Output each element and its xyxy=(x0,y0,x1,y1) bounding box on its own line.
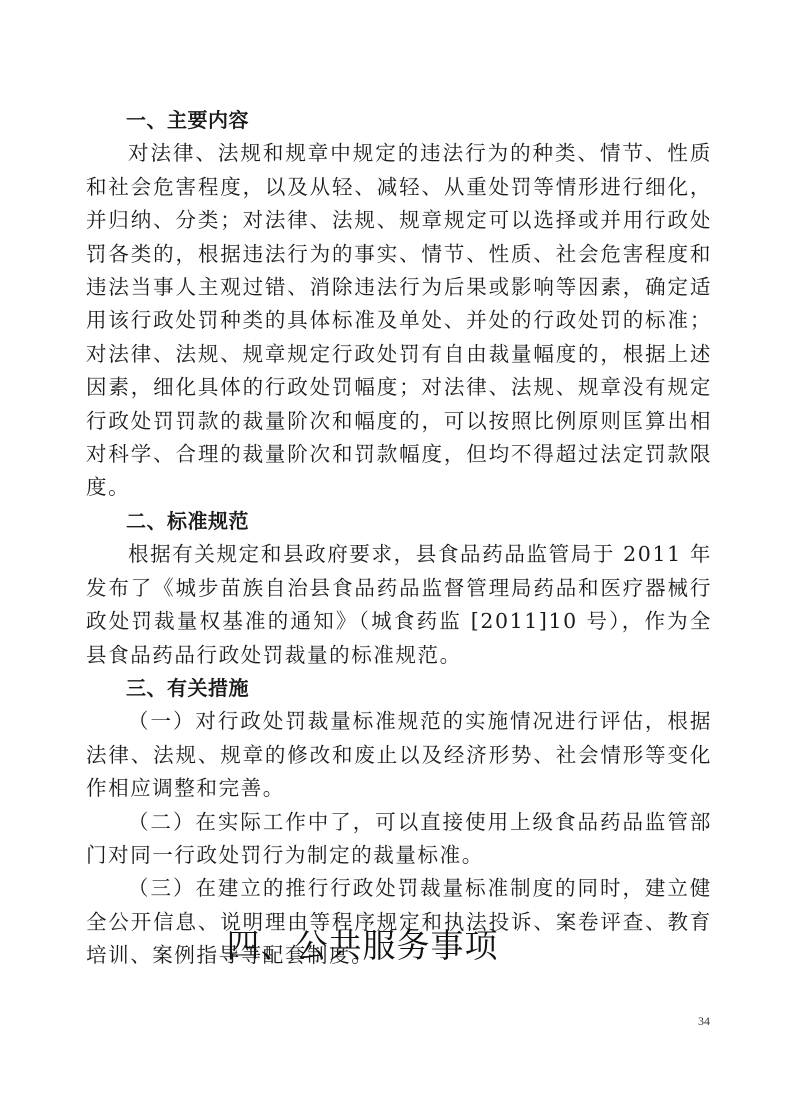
paragraph: （一）对行政处罚裁量标准规范的实施情况进行评估，根据法律、法规、规章的修改和废止… xyxy=(86,705,712,805)
document-body: 一、主要内容 对法律、法规和规章中规定的违法行为的种类、情节、性质和社会危害程度… xyxy=(86,104,712,973)
paragraph: 根据有关规定和县政府要求，县食品药品监管局于 2011 年发布了《城步苗族自治县… xyxy=(86,538,712,672)
document-page: 一、主要内容 对法律、法规和规章中规定的违法行为的种类、情节、性质和社会危害程度… xyxy=(0,0,793,1096)
paragraph: 对法律、法规和规章中规定的违法行为的种类、情节、性质和社会危害程度，以及从轻、减… xyxy=(86,137,712,504)
section-heading-standards: 二、标准规范 xyxy=(86,505,712,538)
page-number: 34 xyxy=(698,1014,710,1029)
section-heading-measures: 三、有关措施 xyxy=(86,672,712,705)
chapter-heading: 四、公共服务事项 xyxy=(0,926,725,966)
paragraph: （二）在实际工作中了，可以直接使用上级食品药品监管部门对同一行政处罚行为制定的裁… xyxy=(86,806,712,873)
section-heading-main-content: 一、主要内容 xyxy=(86,104,712,137)
